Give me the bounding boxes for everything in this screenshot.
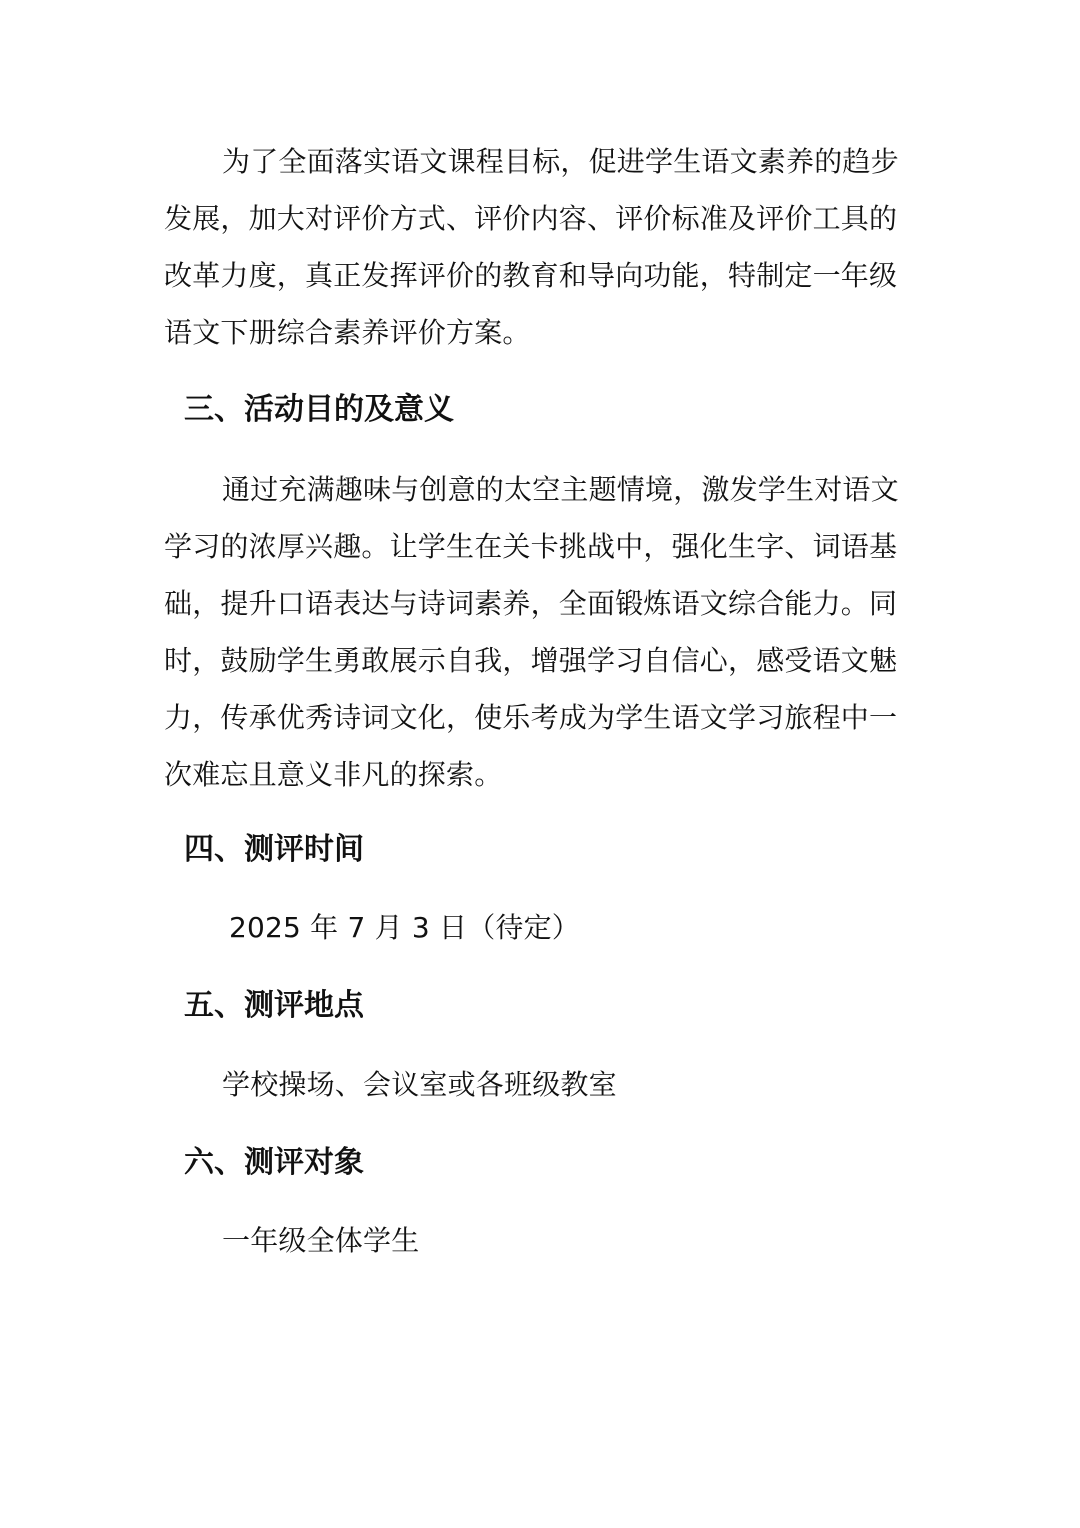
- paragraph-line: 2025 年 7 月 3 日（待定）: [229, 910, 580, 946]
- section-heading: 四、测评时间: [184, 830, 364, 870]
- paragraph-line: 语文下册综合素养评价方案。: [164, 315, 531, 351]
- section-heading: 三、活动目的及意义: [184, 390, 454, 430]
- paragraph-line: 次难忘且意义非凡的探索。: [164, 757, 502, 793]
- paragraph-line: 通过充满趣味与创意的太空主题情境，激发学生对语文: [222, 472, 899, 508]
- section-heading: 六、测评对象: [184, 1143, 364, 1183]
- paragraph-line: 改革力度，真正发挥评价的教育和导向功能，特制定一年级: [164, 258, 897, 294]
- paragraph-line: 学习的浓厚兴趣。让学生在关卡挑战中，强化生字、词语基: [164, 529, 897, 565]
- paragraph-line: 发展，加大对评价方式、评价内容、评价标准及评价工具的: [164, 201, 897, 237]
- section-heading: 五、测评地点: [184, 986, 364, 1026]
- paragraph-line: 础，提升口语表达与诗词素养，全面锻炼语文综合能力。同: [164, 586, 897, 622]
- paragraph-line: 力，传承优秀诗词文化，使乐考成为学生语文学习旅程中一: [164, 700, 897, 736]
- paragraph-line: 时，鼓励学生勇敢展示自我，增强学习自信心，感受语文魅: [164, 643, 897, 679]
- paragraph-line: 为了全面落实语文课程目标，促进学生语文素养的趋步: [222, 144, 899, 180]
- paragraph-line: 一年级全体学生: [222, 1223, 419, 1259]
- paragraph-line: 学校操场、会议室或各班级教室: [222, 1067, 617, 1103]
